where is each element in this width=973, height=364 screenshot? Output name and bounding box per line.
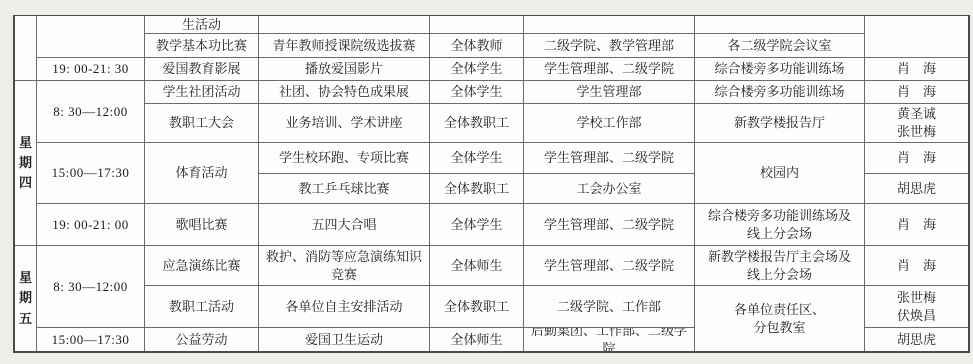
cell-time-row3: 19: 00-21: 30 — [37, 58, 145, 81]
cell-participants-r1 — [430, 16, 524, 34]
cell-participants-r9: 全体师生 — [430, 246, 524, 286]
cell-activity-r3: 爱国教育影展 — [145, 58, 259, 81]
cell-activity-r2: 教学基本功比赛 — [145, 34, 259, 58]
cell-activity-r5: 教职工大会 — [145, 104, 259, 143]
cell-department-r9: 学生管理部、二级学院 — [524, 246, 695, 286]
cell-person-r6: 肖 海 — [865, 143, 968, 174]
cell-activity-r11: 公益劳动 — [145, 328, 259, 351]
cell-participants-r2: 全体教师 — [430, 34, 524, 58]
cell-department-r2: 二级学院、教学管理部 — [524, 34, 695, 58]
cell-participants-r6: 全体学生 — [430, 143, 524, 174]
cell-person-r8: 肖 海 — [865, 204, 968, 246]
cell-participants-r10: 全体教职工 — [430, 286, 524, 328]
cell-activity-r10: 教职工活动 — [145, 286, 259, 328]
cell-time-row8: 19: 00-21: 00 — [37, 204, 145, 246]
cell-person-r1-2 — [865, 16, 968, 58]
cell-department-r3: 学生管理部、二级学院 — [524, 58, 695, 81]
day-label-friday: 星期五 — [19, 268, 33, 328]
cell-person-r4: 肖 海 — [865, 81, 968, 104]
cell-person-r5: 黄圣诚 张世梅 — [865, 104, 968, 143]
cell-person-r11: 胡思虎 — [865, 328, 968, 351]
cell-activity-r8: 歌唱比赛 — [145, 204, 259, 246]
cell-person-r10: 张世梅 伏焕昌 — [865, 286, 968, 328]
cell-content-r8: 五四大合唱 — [259, 204, 430, 246]
cell-person-r9: 肖 海 — [865, 246, 968, 286]
cell-department-r6: 学生管理部、二级学院 — [524, 143, 695, 174]
cell-day-thursday: 星期四 — [15, 81, 37, 246]
cell-participants-r3: 全体学生 — [430, 58, 524, 81]
cell-day-previous — [15, 16, 37, 81]
cell-person-r7: 胡思虎 — [865, 174, 968, 204]
cell-content-r10: 各单位自主安排活动 — [259, 286, 430, 328]
cell-activity-r9: 应急演练比赛 — [145, 246, 259, 286]
cell-department-r7: 工会办公室 — [524, 174, 695, 204]
cell-department-r8: 学生管理部、二级学院 — [524, 204, 695, 246]
cell-department-r11: 后勤集团、工作部、二级学院 — [524, 328, 695, 351]
cell-location-r8: 综合楼旁多功能训练场及 线上分会场 — [695, 204, 865, 246]
schedule-table: 星期四 星期五 19: 00-21: 30 8: 30—12:00 15:00—… — [13, 15, 970, 353]
cell-content-r1 — [259, 16, 430, 34]
cell-location-r9: 新教学楼报告厅主会场及 线上分会场 — [695, 246, 865, 286]
cell-participants-r11: 全体师生 — [430, 328, 524, 351]
cell-content-r6: 学生校环跑、专项比赛 — [259, 143, 430, 174]
cell-activity-r6-7: 体育活动 — [145, 143, 259, 204]
cell-participants-r4: 全体学生 — [430, 81, 524, 104]
cell-participants-r5: 全体教职工 — [430, 104, 524, 143]
cell-location-r3: 综合楼旁多功能训练场 — [695, 58, 865, 81]
cell-activity-r1: 生活动 — [145, 16, 259, 34]
cell-participants-r8: 全体学生 — [430, 204, 524, 246]
cell-content-r9: 救护、消防等应急演练知识 竞赛 — [259, 246, 430, 286]
cell-location-r4: 综合楼旁多功能训练场 — [695, 81, 865, 104]
cell-location-r5: 新教学楼报告厅 — [695, 104, 865, 143]
cell-time-row11: 15:00—17:30 — [37, 328, 145, 351]
cell-location-r1 — [695, 16, 865, 34]
cell-time-rows4-5: 8: 30—12:00 — [37, 81, 145, 143]
cell-time-rows6-7: 15:00—17:30 — [37, 143, 145, 204]
cell-content-r4: 社团、协会特色成果展 — [259, 81, 430, 104]
cell-time-rows1-2 — [37, 16, 145, 58]
cell-participants-r7: 全体教职工 — [430, 174, 524, 204]
cell-department-r1 — [524, 16, 695, 34]
cell-content-r7: 教工乒乓球比赛 — [259, 174, 430, 204]
cell-time-rows9-10: 8: 30—12:00 — [37, 246, 145, 328]
cell-content-r2: 青年教师授课院级选拔赛 — [259, 34, 430, 58]
day-label-thursday: 星期四 — [19, 133, 33, 193]
cell-content-r11: 爱国卫生运动 — [259, 328, 430, 351]
cell-department-r4: 学生管理部 — [524, 81, 695, 104]
cell-location-r6-7: 校园内 — [695, 143, 865, 204]
cell-department-r10: 二级学院、工作部 — [524, 286, 695, 328]
cell-location-r2: 各二级学院会议室 — [695, 34, 865, 58]
cell-content-r5: 业务培训、学术讲座 — [259, 104, 430, 143]
cell-content-r3: 播放爱国影片 — [259, 58, 430, 81]
cell-person-r3: 肖 海 — [865, 58, 968, 81]
cell-activity-r4: 学生社团活动 — [145, 81, 259, 104]
cell-location-r10-11: 各单位责任区、 分包教室 — [695, 286, 865, 351]
cell-department-r5: 学校工作部 — [524, 104, 695, 143]
cell-day-friday: 星期五 — [15, 246, 37, 351]
